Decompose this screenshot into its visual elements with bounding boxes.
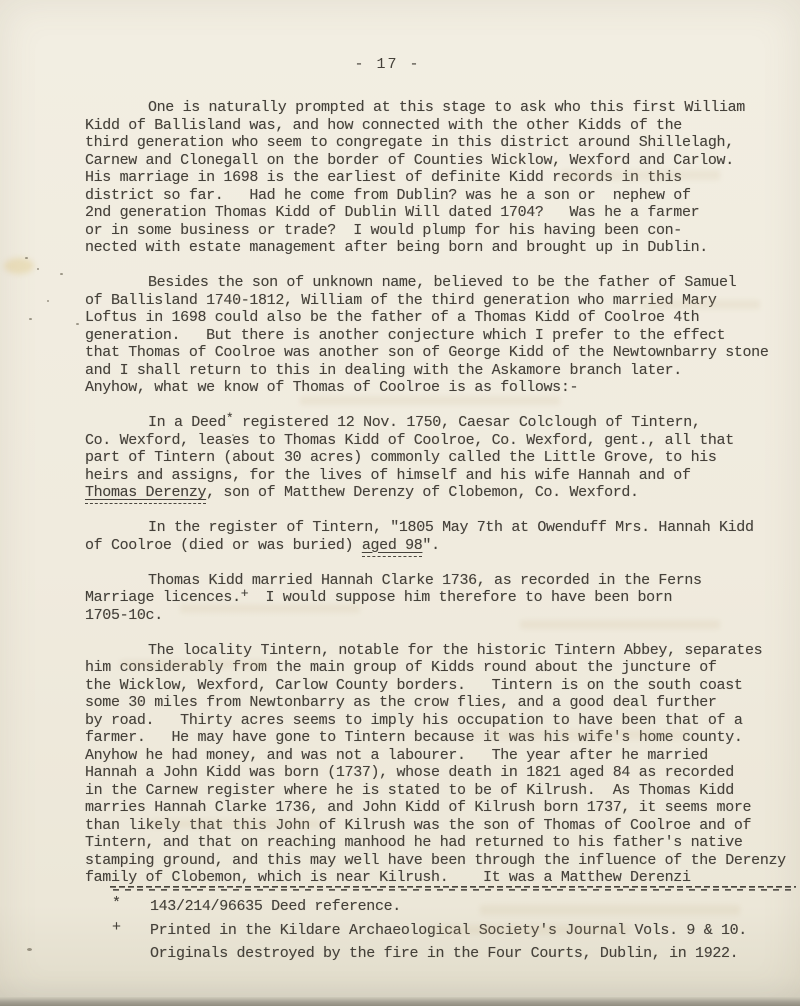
document-body: One is naturally prompted at this stage … (85, 99, 793, 904)
page-number: - 17 - (0, 56, 775, 73)
bleed-through-mark (430, 925, 630, 934)
text-line: generation. But there is another conject… (85, 327, 793, 345)
paper-smudge (4, 258, 34, 274)
paragraph-marriage-1736: Thomas Kidd married Hannah Clarke 1736, … (85, 572, 793, 625)
text-line: One is naturally prompted at this stage … (85, 99, 793, 117)
footnote-marker-plus: + (112, 919, 150, 936)
text-line: stamping ground, and this may well have … (85, 852, 793, 870)
text-segment: In a Deed (148, 414, 226, 431)
ink-speck (76, 323, 79, 325)
text-line: Kidd of Ballisland was, and how connecte… (85, 117, 793, 135)
ink-speck (27, 948, 32, 951)
scan-bottom-edge (0, 997, 800, 1006)
bleed-through-mark (120, 660, 270, 668)
text-line: that Thomas of Coolroe was another son o… (85, 344, 793, 362)
text-line: in the Carnew register where he is state… (85, 782, 793, 800)
text-line: and I shall return to this in dealing wi… (85, 362, 793, 380)
paragraph-locality-tintern: The locality Tintern, notable for the hi… (85, 642, 793, 887)
bleed-through-mark (480, 905, 740, 915)
text-segment: , son of Matthew Derenzy of Clobemon, Co… (206, 484, 639, 501)
text-line: heirs and assigns, for the lives of hims… (85, 467, 793, 485)
text-segment: ". (422, 537, 439, 554)
text-line: Carnew and Clonegall on the border of Co… (85, 152, 793, 170)
text-line: Tintern, and that on reaching manhood he… (85, 834, 793, 852)
ink-speck (232, 434, 234, 436)
underlined-aged-98: aged 98 (362, 537, 423, 557)
text-line: some 30 miles from Newtonbarry as the cr… (85, 694, 793, 712)
ink-speck (25, 257, 28, 259)
text-line: nected with estate management after bein… (85, 239, 793, 257)
bleed-through-mark (470, 730, 690, 739)
text-line: Anyhow, what we know of Thomas of Coolro… (85, 379, 793, 397)
text-line: In the register of Tintern, "1805 May 7t… (85, 519, 793, 537)
text-line: of Coolroe (died or was buried) aged 98"… (85, 537, 793, 555)
scanned-document-page: - 17 - One is naturally prompted at this… (0, 0, 800, 1006)
text-line: Co. Wexford, leases to Thomas Kidd of Co… (85, 432, 793, 450)
footnote-ref-plus: + (241, 586, 248, 601)
text-line: third generation who seem to congregate … (85, 134, 793, 152)
text-line: Thomas Derenzy, son of Matthew Derenzy o… (85, 484, 793, 502)
bleed-through-mark (150, 820, 320, 828)
text-line: district so far. Had he come from Dublin… (85, 187, 793, 205)
bleed-through-mark (640, 300, 760, 309)
bleed-through-mark (520, 620, 720, 629)
ink-speck (29, 318, 32, 320)
text-line: the Wicklow, Wexford, Carlow County bord… (85, 677, 793, 695)
text-segment: of Coolroe (died or was buried) (85, 537, 362, 554)
footnote-kildare-journal-continued: Originals destroyed by the fire in the F… (112, 945, 747, 963)
ink-speck (60, 273, 63, 275)
bleed-through-mark (560, 170, 720, 180)
footnote-ref-asterisk: * (226, 411, 233, 426)
paragraph-tintern-register: In the register of Tintern, "1805 May 7t… (85, 519, 793, 554)
text-line: part of Tintern (about 30 acres) commonl… (85, 449, 793, 467)
text-line: 2nd generation Thomas Kidd of Dublin Wil… (85, 204, 793, 222)
footnote-text: Originals destroyed by the fire in the F… (150, 945, 738, 963)
ink-speck (47, 300, 49, 302)
text-line: or in some business or trade? I would pl… (85, 222, 793, 240)
paragraph-besides-the-son: Besides the son of unknown name, believe… (85, 274, 793, 397)
text-line: marries Hannah Clarke 1736, and John Kid… (85, 799, 793, 817)
text-line: The locality Tintern, notable for the hi… (85, 642, 793, 660)
text-line: Hannah a John Kidd was born (1737), whos… (85, 764, 793, 782)
ink-speck (37, 268, 39, 270)
text-line: Loftus in 1698 could also be the father … (85, 309, 793, 327)
footnote-marker-asterisk: * (112, 895, 150, 912)
bleed-through-mark (300, 396, 560, 405)
footnote-text: 143/214/96635 Deed reference. (150, 898, 401, 916)
text-line: family of Clobemon, which is near Kilrus… (85, 869, 793, 887)
text-line: In a Deed* registered 12 Nov. 1750, Caes… (85, 414, 793, 432)
text-segment: registered 12 Nov. 1750, Caesar Colcloug… (233, 414, 700, 431)
text-line: Thomas Kidd married Hannah Clarke 1736, … (85, 572, 793, 590)
footnote-separator-dashed-rule (110, 886, 796, 891)
text-line: by road. Thirty acres seems to imply his… (85, 712, 793, 730)
underlined-name-thomas-derenzy: Thomas Derenzy (85, 484, 206, 504)
text-line: Anyhow he had money, and was not a labou… (85, 747, 793, 765)
ink-speck (107, 331, 109, 333)
text-line: Besides the son of unknown name, believe… (85, 274, 793, 292)
paragraph-deed-1750: In a Deed* registered 12 Nov. 1750, Caes… (85, 414, 793, 502)
bleed-through-mark (180, 604, 360, 613)
